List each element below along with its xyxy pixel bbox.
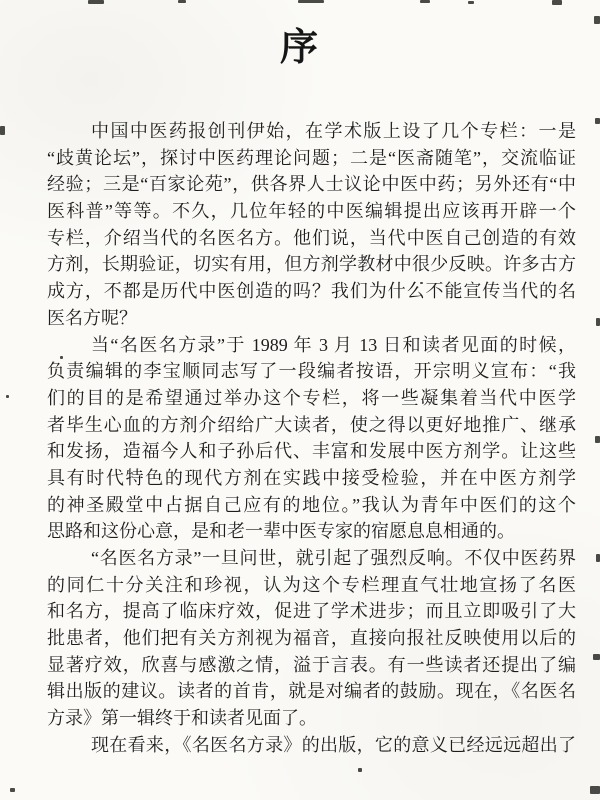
scan-speck [596,554,600,562]
scan-speck [420,0,430,3]
preface-body: 中国中医药报创刊伊始，在学术版上设了几个专栏：一是“歧黄论坛”，探讨中医药理论问… [47,118,576,759]
scan-speck [594,16,600,24]
text-line: 批患者，他们把有关方剂视为福音，直接向报社反映使用以后的 [47,625,576,652]
text-line: “名医名方录”一旦问世，就引起了强烈反响。不仅中医药界 [47,545,576,572]
text-line: 现在看来，《名医名方录》的出版，它的意义已经远远超出了 [47,732,576,759]
text-line: 和发扬，造福今人和子孙后代、丰富和发展中医方剂学。让这些 [47,438,576,465]
text-line: 当“名医名方录”于 1989 年 3 月 13 日和读者见面的时候， [47,332,576,359]
scan-speck [358,768,362,772]
text-line: 方录》第一辑终于和读者见面了。 [47,705,576,732]
scan-speck [6,395,9,398]
scan-speck [590,786,600,794]
scanned-page: 序 中国中医药报创刊伊始，在学术版上设了几个专栏：一是“歧黄论坛”，探讨中医药理… [0,0,600,800]
scan-speck [595,436,600,443]
text-line: 医名方呢？ [47,305,576,332]
text-line: 显著疗效，欣喜与感激之情，溢于言表。有一些读者还提出了编 [47,652,576,679]
scan-speck [552,0,562,5]
text-line: 医科普”等等。不久，几位年轻的中医编辑提出应该再开辟一个 [47,198,576,225]
text-line: 思路和这份心意，是和老一辈中医专家的宿愿息息相通的。 [47,518,576,545]
scan-speck [0,126,5,135]
text-line: “歧黄论坛”，探讨中医药理论问题；二是“医斋随笔”，交流临证 [47,145,576,172]
text-line: 具有时代特色的现代方剂在实践中接受检验，并在中医方剂学 [47,465,576,492]
scan-speck [596,318,600,326]
scan-speck [88,0,104,4]
scan-speck [60,356,63,359]
text-line: 的同仁十分关注和珍视，认为这个专栏理直气壮地宣扬了名医 [47,572,576,599]
text-line: 们的目的是希望通过举办这个专栏，将一些凝集着当代中医学 [47,385,576,412]
text-line: 中国中医药报创刊伊始，在学术版上设了几个专栏：一是 [47,118,576,145]
text-line: 经验；三是“百家论苑”，供各界人士议论中医中药；另外还有“中 [47,171,576,198]
text-line: 专栏，介绍当代的名医名方。他们说，当代中医自己创造的有效 [47,225,576,252]
scan-speck [298,0,324,3]
scan-speck [420,282,423,284]
scan-speck [468,1,474,4]
scan-speck [10,788,15,792]
page-title: 序 [0,16,600,71]
text-line: 方剂，长期验证，切实有用，但方剂学教材中很少反映。许多古方 [47,251,576,278]
text-line: 负责编辑的李宝顺同志写了一段编者按语，开宗明义宣布：“我 [47,358,576,385]
text-line: 的神圣殿堂中占据自己应有的地位。”我认为青年中医们的这个 [47,492,576,519]
text-line: 辑出版的建议。读者的首肯，就是对编者的鼓励。现在，《名医名 [47,678,576,705]
text-line: 和名方，提高了临床疗效，促进了学术进步；而且立即吸引了大 [47,598,576,625]
scan-speck [593,654,600,660]
scan-speck [178,0,186,3]
scan-speck [595,118,600,124]
text-line: 成方，不都是历代中医创造的吗？我们为什么不能宣传当代的名 [47,278,576,305]
text-line: 者毕生心血的方剂介绍给广大读者，使之得以更好地推广、继承 [47,412,576,439]
